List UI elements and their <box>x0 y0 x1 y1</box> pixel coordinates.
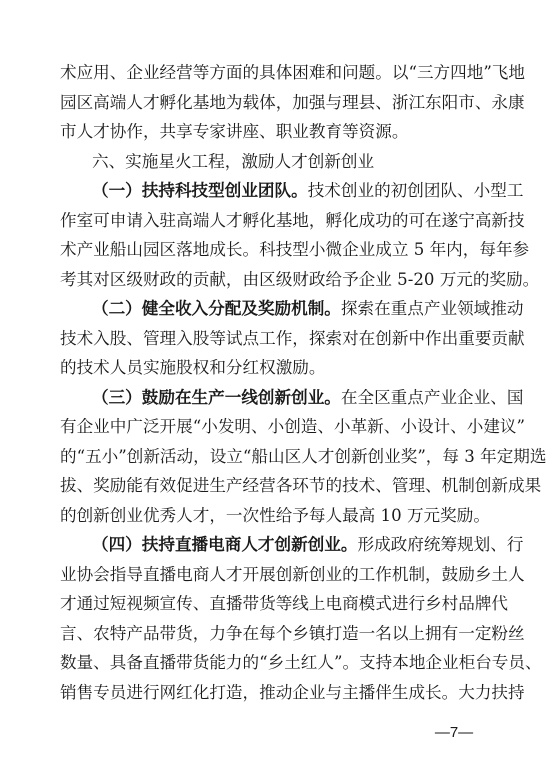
paragraph-line: 才通过短视频宣传、直播带货等线上电商模式进行乡村品牌代 <box>60 592 490 616</box>
paragraph-line: 术产业船山园区落地成长。科技型小微企业成立 5 年内，每年参 <box>60 238 490 262</box>
item-3-text: 在全区重点产业企业、国 <box>341 388 524 407</box>
paragraph-line: 的“五小”创新活动，设立“船山区人才创新创业奖”，每 3 年定期选 <box>60 445 490 469</box>
paragraph-line: 术应用、企业经营等方面的具体困难和问题。以“三方四地”飞地 <box>60 61 490 85</box>
item-3-first-line: （三）鼓励在生产一线创新创业。在全区重点产业企业、国 <box>92 386 490 410</box>
item-1-text: 技术创业的初创团队、小型工 <box>308 181 524 200</box>
item-2-first-line: （二）健全收入分配及奖励机制。探索在重点产业领域推动 <box>92 297 490 321</box>
item-4-title: （四）扶持直播电商人才创新创业。 <box>92 535 358 554</box>
item-2-title: （二）健全收入分配及奖励机制。 <box>92 299 341 318</box>
item-3-title: （三）鼓励在生产一线创新创业。 <box>92 388 341 407</box>
paragraph-line: 的创新创业优秀人才，一次性给予每人最高 10 万元奖励。 <box>60 504 490 528</box>
paragraph-line: 数量、具备直播带货能力的“乡土红人”。支持本地企业柜台专员、 <box>60 651 490 675</box>
item-2-text: 探索在重点产业领域推动 <box>341 299 524 318</box>
paragraph-line: 技术入股、管理入股等试点工作，探索对在创新中作出重要贡献 <box>60 327 490 351</box>
paragraph-line: 拔、奖励能有效促进生产经营各环节的技术、管理、机制创新成果 <box>60 474 490 498</box>
paragraph-line: 的技术人员实施股权和分红权激励。 <box>60 356 490 380</box>
paragraph-line: 言、农特产品带货，力争在每个乡镇打造一名以上拥有一定粉丝 <box>60 622 490 646</box>
document-page: 术应用、企业经营等方面的具体困难和问题。以“三方四地”飞地 园区高端人才孵化基地… <box>0 0 548 766</box>
paragraph-line: 业协会指导直播电商人才开展创新创业的工作机制，鼓励乡土人 <box>60 563 490 587</box>
paragraph-line: 销售专员进行网红化打造，推动企业与主播伴生成长。大力扶持 <box>60 681 490 705</box>
paragraph-line: 有企业中广泛开展“小发明、小创造、小革新、小设计、小建议” <box>60 415 490 439</box>
item-4-first-line: （四）扶持直播电商人才创新创业。形成政府统筹规划、行 <box>92 533 490 557</box>
paragraph-line: 考其对区级财政的贡献，由区级财政给予企业 5-20 万元的奖励。 <box>60 268 490 292</box>
item-4-text: 形成政府统筹规划、行 <box>358 535 524 554</box>
paragraph-line: 市人才协作，共享专家讲座、职业教育等资源。 <box>60 120 490 144</box>
page-number: —7— <box>424 724 484 741</box>
paragraph-line: 园区高端人才孵化基地为载体，加强与理县、浙江东阳市、永康 <box>60 91 490 115</box>
section-heading: 六、实施星火工程，激励人才创新创业 <box>92 150 490 174</box>
item-1-first-line: （一）扶持科技型创业团队。技术创业的初创团队、小型工 <box>92 179 490 203</box>
item-1-title: （一）扶持科技型创业团队。 <box>92 181 308 200</box>
paragraph-line: 作室可申请入驻高端人才孵化基地，孵化成功的可在遂宁高新技 <box>60 209 490 233</box>
